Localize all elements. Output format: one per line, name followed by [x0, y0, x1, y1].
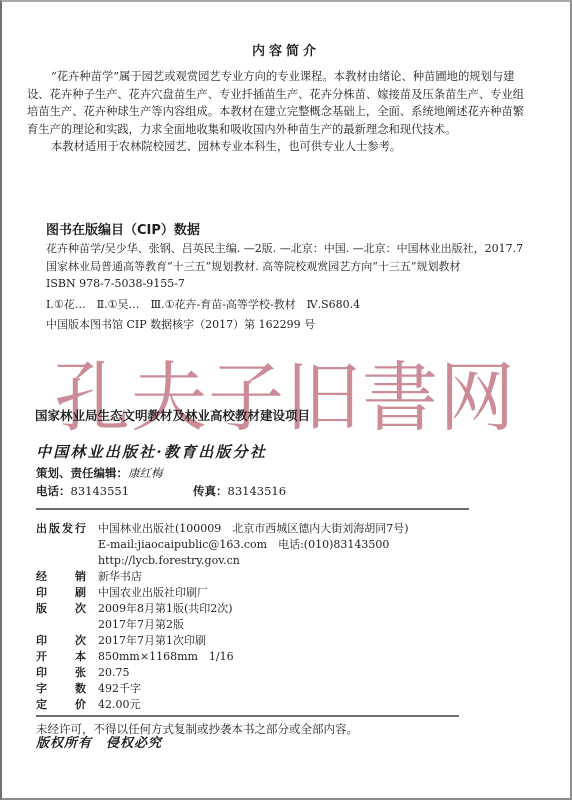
cip-series-line: 国家林业局普通高等教育“十三五”规划教材. 高等院校观赏园艺方向“十三五”规划教… [46, 259, 461, 275]
summary-line: 育生产的理论和实践，力求全面地收集和吸收国内外种苗生产的最新理念和现代技术。 [27, 121, 524, 139]
phone-value: 83143551 [71, 484, 130, 498]
editor-name: 康红梅 [128, 466, 163, 480]
imprint-value: E-mail:jiaocaipublic@163.com 电话:(010)831… [98, 537, 389, 553]
imprint-row-word-count: 字数 492千字 [36, 681, 409, 697]
imprint-label: 开本 [36, 649, 86, 665]
copyright-page: 孔夫子旧書网 内容简介 “花卉种苗学”属于园艺或观赏园艺专业方向的专业课程。本教… [0, 0, 572, 800]
imprint-value: 850mm×1168mm 1/16 [98, 649, 234, 665]
imprint-label: 定价 [36, 697, 86, 713]
summary-line: 培苗生产、花卉种球生产等内容组成。本教材在建立完整概念基础上，全面、系统地阐述花… [27, 103, 524, 121]
cip-record-number: 中国版本图书馆 CIP 数据核字（2017）第 162299 号 [46, 317, 315, 333]
rights-reserved: 版权所有 侵权必究 [36, 735, 162, 753]
imprint-value: 中国农业出版社印刷厂 [98, 585, 208, 601]
imprint-row-edition: 版次 2009年8月第1版(共印2次) [36, 601, 409, 617]
cip-title-line: 花卉种苗学/吴少华、张钢、吕英民主编. —2版. —北京：中国. —北京：中国林… [46, 241, 523, 257]
imprint-label: 印张 [36, 665, 86, 681]
watermark: 孔夫子旧書网 [54, 352, 516, 444]
imprint-label: 字数 [36, 681, 86, 697]
summary-line: 设、花卉种子生产、花卉穴盘苗生产、专业扦插苗生产、花卉分株苗、嫁接苗及压条苗生产… [27, 86, 524, 104]
imprint-row-publisher: 出版发行 中国林业出版社(100009 北京市西城区德内大街刘海胡同7号) [36, 521, 409, 537]
imprint-value: 2009年8月第1版(共印2次) [98, 601, 233, 617]
cip-isbn: ISBN 978-7-5038-9155-7 [46, 276, 185, 292]
imprint-row-publisher-contact: E-mail:jiaocaipublic@163.com 电话:(010)831… [36, 537, 409, 553]
summary-line: 本教材适用于农林院校园艺、园林专业本科生，也可供专业人士参考。 [27, 138, 524, 156]
imprint-label: 印次 [36, 633, 86, 649]
editor-label: 策划、责任编辑： [36, 466, 128, 480]
imprint-row-printer: 印刷 中国农业出版社印刷厂 [36, 585, 409, 601]
imprint-table: 出版发行 中国林业出版社(100009 北京市西城区德内大街刘海胡同7号) E-… [36, 521, 409, 713]
project-line: 国家林业局生态文明教材及林业高校教材建设项目 [35, 407, 310, 425]
summary-title: 内容简介 [2, 43, 570, 61]
summary-paragraph: “花卉种苗学”属于园艺或观赏园艺专业方向的专业课程。本教材由绪论、种苗圃地的规划… [27, 68, 524, 156]
editor-line: 策划、责任编辑：康红梅 [36, 465, 163, 481]
imprint-row-publisher-web: http://lycb.forestry.gov.cn [36, 553, 409, 569]
imprint-row-printing: 印次 2017年7月第1次印刷 [36, 633, 409, 649]
imprint-value: 2017年7月第1次印刷 [98, 633, 206, 649]
imprint-row-sheets: 印张 20.75 [36, 665, 409, 681]
phone-label: 电话： [36, 484, 71, 498]
imprint-label: 版次 [36, 601, 86, 617]
phone-line: 电话：83143551 [36, 483, 129, 499]
fax-value: 83143516 [228, 484, 287, 498]
imprint-row-distributor: 经销 新华书店 [36, 569, 409, 585]
cip-heading: 图书在版编目（CIP）数据 [46, 222, 200, 240]
cip-classification: Ⅰ.①花… Ⅱ.①吴… Ⅲ.①花卉-育苗-高等学校-教材 Ⅳ.S680.4 [46, 297, 360, 313]
imprint-label: 出版发行 [36, 521, 86, 537]
imprint-value: 2017年7月第2版 [98, 617, 184, 633]
imprint-value: http://lycb.forestry.gov.cn [98, 553, 240, 569]
imprint-value: 20.75 [98, 665, 130, 681]
imprint-value: 中国林业出版社(100009 北京市西城区德内大街刘海胡同7号) [98, 521, 409, 537]
imprint-row-edition-2: 2017年7月第2版 [36, 617, 409, 633]
imprint-value: 492千字 [98, 681, 141, 697]
imprint-label: 印刷 [36, 585, 86, 601]
divider [36, 508, 469, 510]
divider [36, 715, 459, 717]
imprint-row-price: 定价 42.00元 [36, 697, 409, 713]
fax-line: 传真：83143516 [193, 483, 286, 499]
imprint-value: 42.00元 [98, 697, 141, 713]
imprint-label: 经销 [36, 569, 86, 585]
summary-line: “花卉种苗学”属于园艺或观赏园艺专业方向的专业课程。本教材由绪论、种苗圃地的规划… [27, 68, 524, 86]
fax-label: 传真： [193, 484, 228, 498]
publisher-branch: 中国林业出版社·教育出版分社 [36, 442, 267, 462]
imprint-row-format: 开本 850mm×1168mm 1/16 [36, 649, 409, 665]
imprint-value: 新华书店 [98, 569, 142, 585]
